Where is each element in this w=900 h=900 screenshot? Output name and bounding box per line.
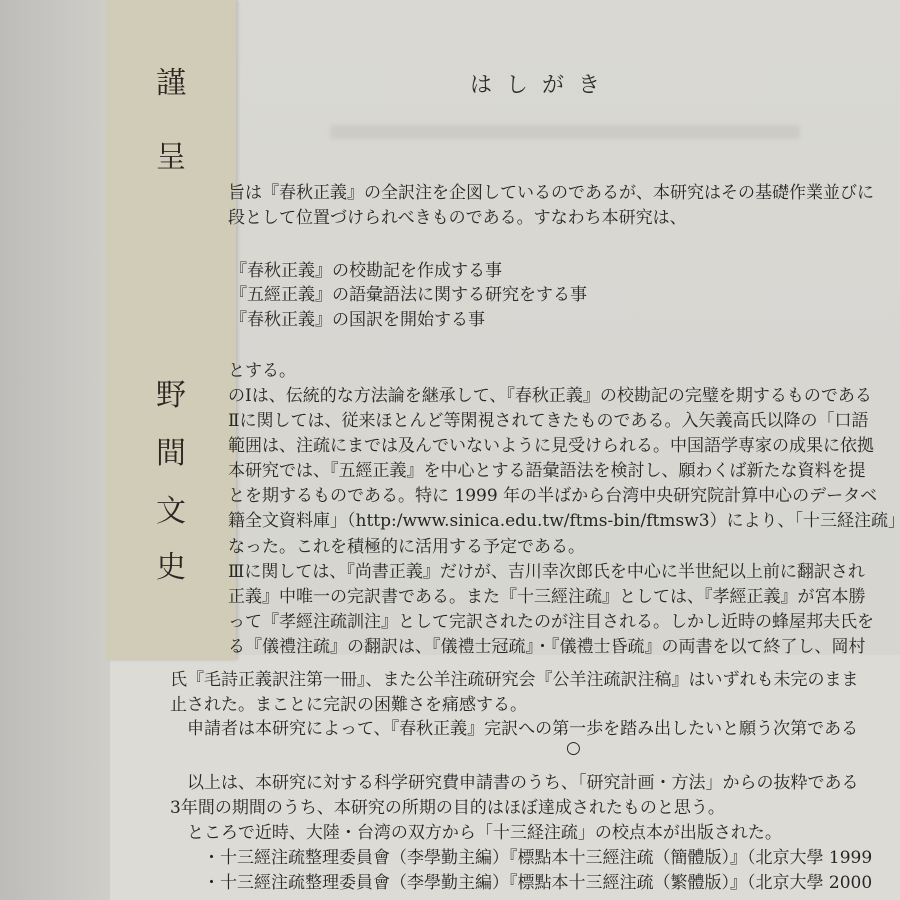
text-line: 止された。まことに完訳の困難さを痛感する。	[170, 690, 527, 715]
slip-char: 謹	[106, 58, 236, 102]
text-line: とする。	[228, 356, 296, 381]
reference-item: ・十三經注疏整理委員會（李學勤主編）『標點本十三經注疏（簡體版）』（北京大學 1…	[203, 843, 872, 868]
list-item: 『春秋正義』の国訳を開始する事	[230, 305, 485, 330]
page-title: はしがき	[470, 68, 614, 99]
author-char: 文	[106, 486, 236, 530]
text-line: って『孝經注疏訓注』として完訳されたのが注目される。しかし近時の蜂屋邦夫氏を	[228, 607, 874, 632]
text-line: 旨は『春秋正義』の全訳注を企図しているのであるが、本研究はその基礎作業並びに	[228, 178, 874, 203]
text-line: とを期するものである。特に 1999 年の半ばから台湾中央研究院計算中心のデータ…	[228, 481, 877, 506]
presentation-slip: 謹 呈 野 間 文 史	[106, 0, 236, 660]
background-surface	[0, 0, 110, 900]
text-line: 籍全文資料庫」（http:/www.sinica.edu.tw/ftms-bin…	[228, 506, 900, 531]
text-line: なった。これを積極的に活用する予定である。	[228, 532, 585, 557]
text-line: 範囲は、注疏にまでは及んでいないように見受けられる。中国語学専家の成果に依拠	[228, 431, 874, 456]
reference-item: ・十三經注疏整理委員會（李學勤主編）『標點本十三經注疏（繁體版）』（北京大學 2…	[203, 868, 872, 893]
text-line: のⅠは、伝統的な方法論を継承して、『春秋正義』の校勘記の完璧を期するものである	[228, 381, 872, 406]
author-char: 間	[106, 428, 236, 472]
author-char: 史	[106, 542, 236, 586]
slip-char: 呈	[106, 132, 236, 176]
text-line: 以上は、本研究に対する科学研究費申請書のうち、「研究計画・方法」からの抜粋である	[187, 768, 859, 793]
section-marker: ○	[566, 738, 581, 758]
text-line: る『儀禮注疏』の翻訳は、『儀禮士冠疏』・『儀禮士昏疏』の両書を以て終了し、岡村	[228, 632, 866, 657]
list-item: 『春秋正義』の校勘記を作成する事	[230, 256, 502, 281]
show-through-text	[330, 125, 800, 139]
text-line: 申請者は本研究によって、『春秋正義』完訳への第一歩を踏み出したいと願う次第である	[187, 714, 858, 739]
text-line: 本研究では、『五經正義』を中心とする語彙語法を検討し、願わくば新たな資料を提	[228, 456, 866, 481]
text-line: 3年間の期間のうち、本研究の所期の目的はほぼ達成されたものと思う。	[170, 793, 725, 818]
text-line: 段として位置づけられべきものである。すなわち本研究は、	[228, 203, 687, 228]
text-line: 氏『毛詩正義訳注第一冊』、また公羊注疏研究会『公羊注疏訳注稿』はいずれも未完のま…	[170, 665, 859, 690]
text-line: ところで近時、大陸・台湾の双方から「十三経注疏」の校点本が出版された。	[187, 818, 782, 843]
text-line: 正義』中唯一の完訳書である。また『十三經注疏』としては、『孝經正義』が宮本勝	[228, 582, 866, 607]
list-item: 『五經正義』の語彙語法に関する研究をする事	[230, 280, 587, 305]
author-char: 野	[106, 370, 236, 414]
text-line: Ⅲに関しては、『尚書正義』だけが、吉川幸次郎氏を中心に半世紀以上前に翻訳され	[228, 557, 865, 582]
text-line: Ⅱに関しては、従来ほとんど等閑視されてきたものである。入矢義高氏以降の「口語	[228, 406, 869, 431]
